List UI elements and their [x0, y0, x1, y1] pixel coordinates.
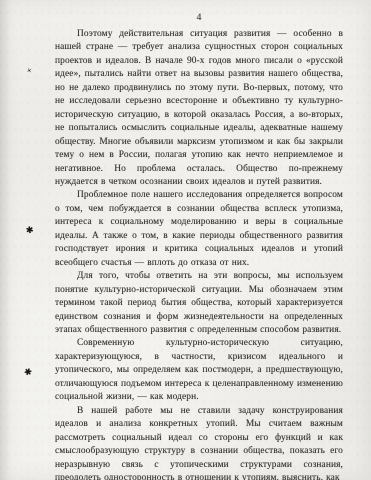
- paragraph: Для того, чтобы ответить на эти вопросы,…: [55, 270, 343, 337]
- ink-speck: ✱: [22, 366, 33, 379]
- paragraph: Проблемное поле нашего исследования опре…: [55, 189, 343, 270]
- document-body: Поэтому действительная ситуация развития…: [55, 28, 343, 480]
- scanned-document-page: 4 Поэтому действительная ситуация развит…: [0, 0, 371, 480]
- scan-edge-shading: [0, 0, 14, 480]
- paragraph: В нашей работе мы не ставили задачу конс…: [55, 405, 343, 480]
- paragraph: Современную культурно-историческую ситуа…: [55, 337, 343, 404]
- paragraph: Поэтому действительная ситуация развития…: [55, 28, 343, 189]
- ink-speck: ✱: [25, 225, 34, 237]
- page-number: 4: [55, 12, 343, 24]
- ink-speck: ×: [26, 66, 33, 76]
